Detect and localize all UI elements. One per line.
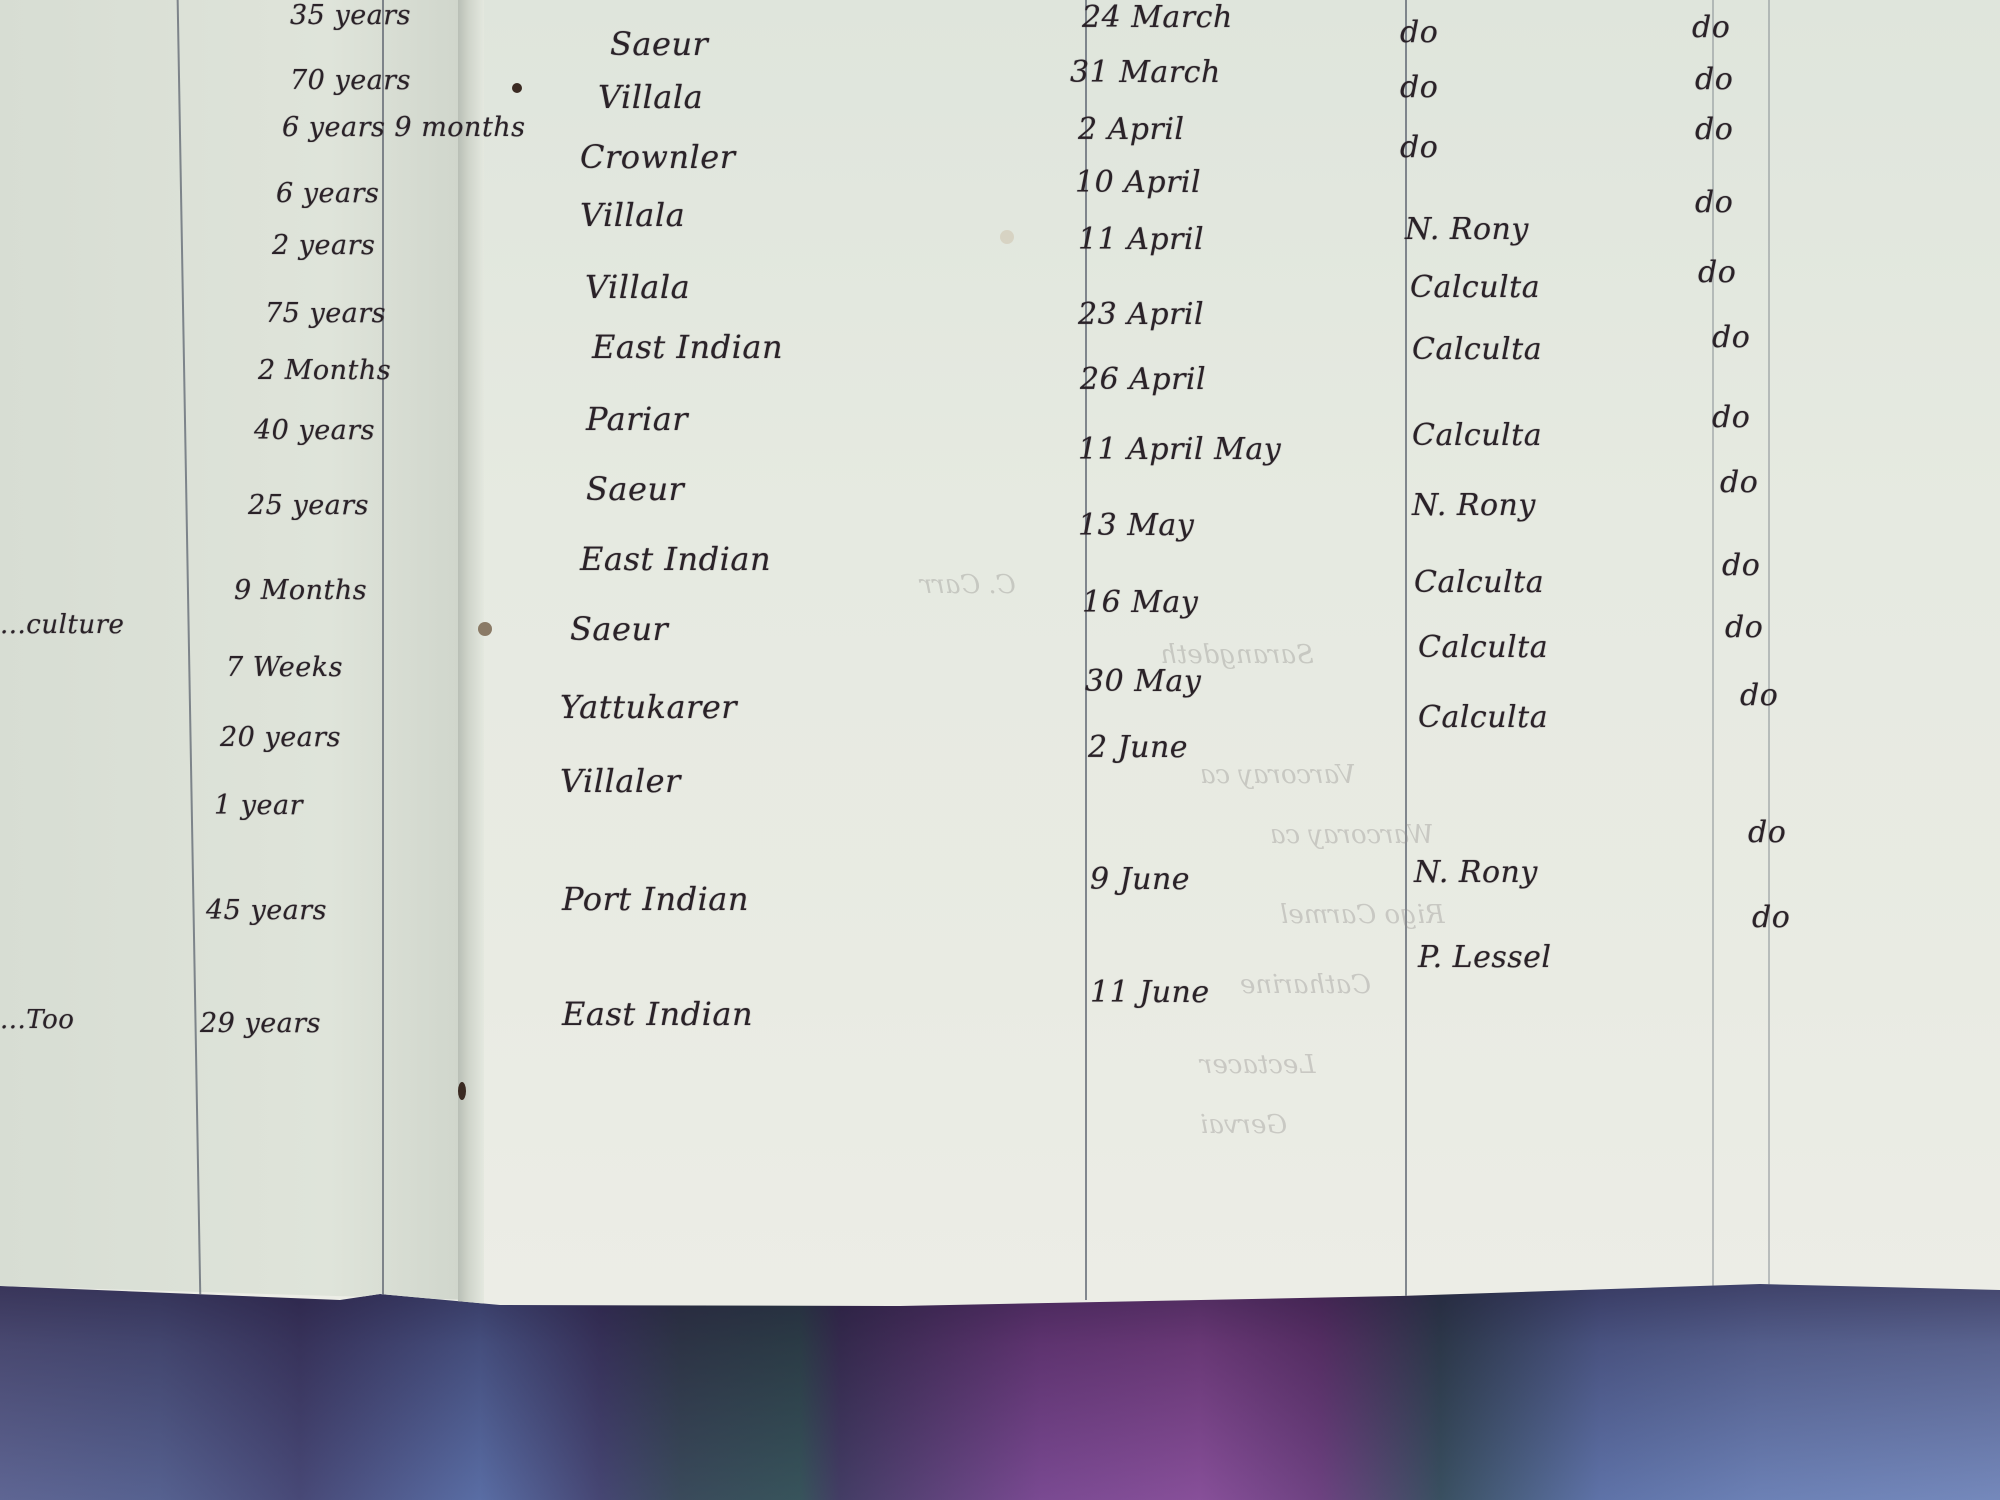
place-cell: N. Rony [1414,855,1538,890]
ditto-cell: do [1695,62,1733,97]
place-cell: Calculta [1412,418,1542,453]
age-cell: 70 years [290,65,411,96]
bleed-through-text: Catharine [1240,970,1371,1000]
bleed-through-text: Rigo Carmel [1280,900,1445,930]
ditto-cell: do [1752,900,1790,935]
date-cell: 2 April [1078,112,1185,147]
ditto-cell: do [1722,548,1760,583]
column-rule [382,0,384,1300]
place-cell: do [1400,15,1438,50]
place-cell: Calculta [1418,700,1548,735]
date-cell: 13 May [1078,508,1194,543]
column-rule [1405,0,1407,1300]
bleed-through-text: Gervai [1200,1110,1287,1140]
caste-cell: East Indian [592,328,783,366]
place-cell: N. Rony [1412,488,1536,523]
caste-cell: Saeur [586,470,684,508]
caste-cell: Port Indian [562,880,749,918]
date-cell: 23 April [1078,297,1204,332]
book-spine [458,0,484,1310]
caste-cell: East Indian [580,540,771,578]
date-cell: 26 April [1080,362,1206,397]
ditto-cell: do [1725,610,1763,645]
age-cell: 7 Weeks [226,652,343,683]
ditto-cell: do [1740,678,1778,713]
bleed-through-text: C. Carr [920,570,1016,600]
place-cell: Calculta [1412,332,1542,367]
ditto-cell: do [1695,185,1733,220]
binding-hole [458,1082,466,1100]
margin-note: ...culture [0,610,124,640]
caste-cell: Villala [580,196,685,234]
date-cell: 16 May [1082,585,1198,620]
caste-cell: Yattukarer [560,688,737,726]
ditto-cell: do [1695,112,1733,147]
age-cell: 2 years [272,230,375,261]
caste-cell: East Indian [562,995,753,1033]
date-cell: 9 June [1090,862,1190,897]
caste-cell: Villala [585,268,690,306]
caste-cell: Saeur [570,610,668,648]
date-cell: 31 March [1070,55,1221,90]
place-cell: Calculta [1410,270,1540,305]
ditto-cell: do [1748,815,1786,850]
ditto-cell: do [1720,465,1758,500]
binding-tack [512,83,522,93]
age-cell: 29 years [200,1008,321,1039]
place-cell: N. Rony [1405,212,1529,247]
age-cell: 45 years [206,895,327,926]
margin-note: ...Too [0,1005,74,1035]
caste-cell: Crownler [580,138,736,176]
age-cell: 2 Months [258,355,391,386]
age-cell: 75 years [265,298,386,329]
age-cell: 1 year [214,790,303,821]
ditto-cell: do [1712,320,1750,355]
age-cell: 35 years [290,0,411,31]
column-rule [1768,0,1770,1300]
age-cell: 40 years [254,415,375,446]
binding-hole [478,622,492,636]
place-cell: Calculta [1418,630,1548,665]
date-cell: 30 May [1085,664,1201,699]
date-cell: 10 April [1075,165,1201,200]
place-cell: P. Lessel [1418,940,1552,975]
date-cell: 11 April May [1078,432,1281,467]
date-cell: 11 June [1090,975,1210,1010]
bleed-through-text: Varcoray ca [1200,760,1355,790]
date-cell: 11 April [1078,222,1204,257]
age-cell: 9 Months [234,575,367,606]
age-cell: 25 years [248,490,369,521]
date-cell: 24 March [1082,0,1233,35]
bleed-through-text: Lectacer [1200,1050,1316,1080]
bleed-through-text: Warcoray ca [1270,820,1434,850]
age-cell: 20 years [220,722,341,753]
place-cell: Calculta [1414,565,1544,600]
ditto-cell: do [1698,255,1736,290]
caste-cell: Villaler [560,762,681,800]
date-cell: 2 June [1088,730,1188,765]
age-cell: 6 years [276,178,379,209]
ditto-cell: do [1692,10,1730,45]
ledger-page: C. Carr Sarangdeth Varcoray ca Warcoray … [0,0,2000,1310]
age-cell: 6 years 9 months [282,112,526,143]
caste-cell: Saeur [610,25,708,63]
stain [1000,230,1014,244]
place-cell: do [1400,70,1438,105]
ditto-cell: do [1712,400,1750,435]
caste-cell: Pariar [586,400,688,438]
place-cell: do [1400,130,1438,165]
caste-cell: Villala [598,78,703,116]
